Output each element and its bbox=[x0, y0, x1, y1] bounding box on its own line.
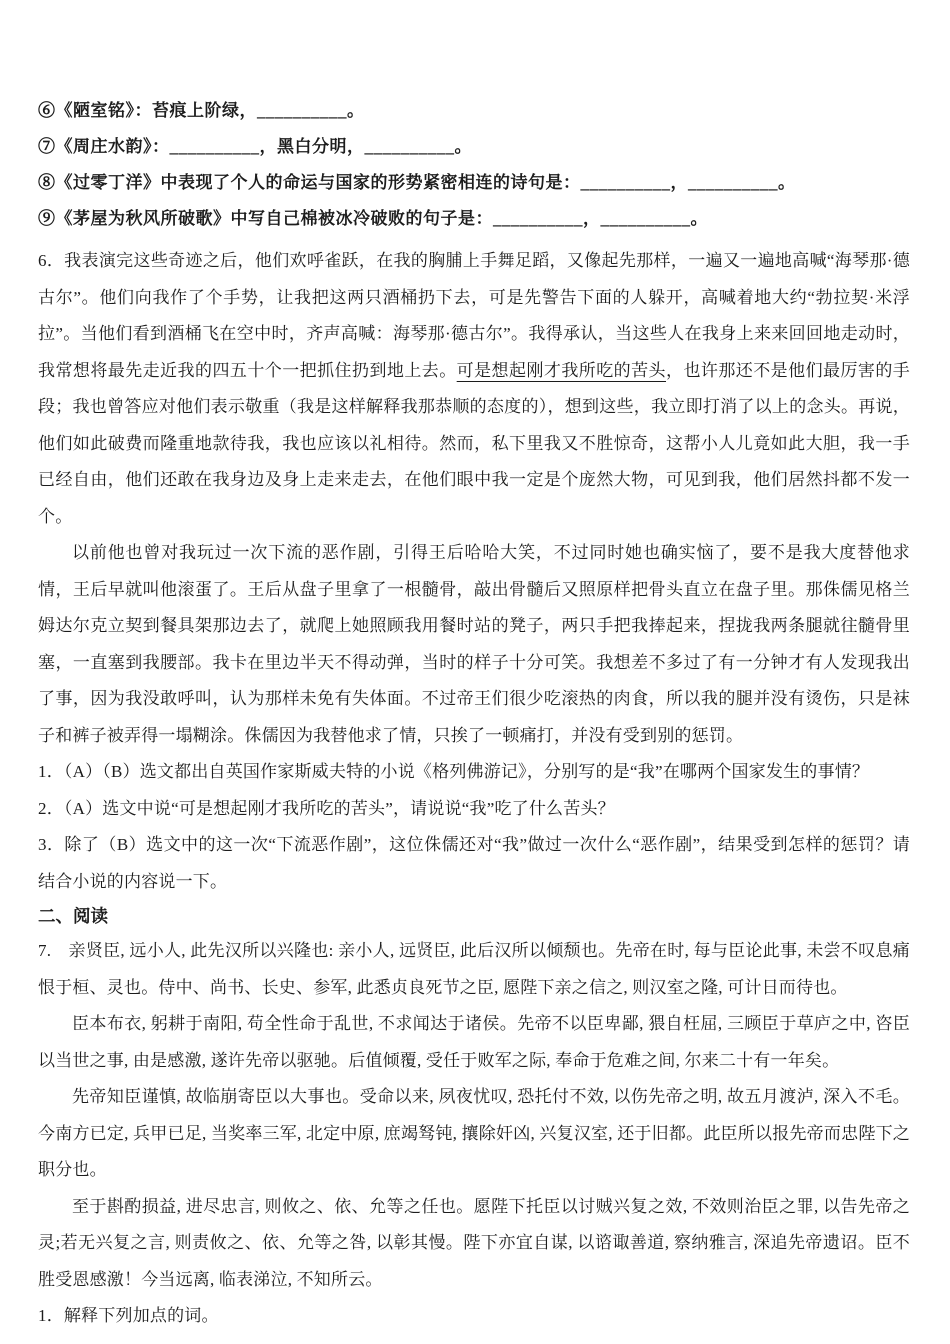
fill-in-item-7: ⑦《周庄水韵》：__________，黑白分明，__________。 bbox=[38, 129, 910, 165]
fill-in-item-6: ⑥《陋室铭》：苔痕上阶绿，__________。 bbox=[38, 93, 910, 129]
underlined-phrase: 可是想起刚才我所吃的苦头 bbox=[457, 361, 666, 380]
gulliver-question-3: 3．除了（B）选文中的这一次“下流恶作剧”，这位侏儒还对“我”做过一次什么“恶作… bbox=[38, 827, 910, 900]
chushibiao-paragraph-4: 至于斟酌损益, 进尽忠言, 则攸之、依、允等之任也。愿陛下托臣以讨贼兴复之效, … bbox=[38, 1189, 910, 1299]
gulliver-question-2: 2．（A）选文中说“可是想起刚才我所吃的苦头”，请说说“我”吃了什么苦头？ bbox=[38, 791, 910, 828]
section-heading-reading: 二、阅读 bbox=[38, 900, 910, 933]
chushibiao-paragraph-2: 臣本布衣, 躬耕于南阳, 苟全性命于乱世, 不求闻达于诸侯。先帝不以臣卑鄙, 猥… bbox=[38, 1006, 910, 1079]
reading-passage-chushibiao: 7. 亲贤臣, 远小人, 此先汉所以兴隆也: 亲小人, 远贤臣, 此后汉所以倾颓… bbox=[38, 933, 910, 1335]
chushibiao-question-1: 1．解释下列加点的词。 bbox=[38, 1298, 910, 1335]
gulliver-paragraph-1: 6．我表演完这些奇迹之后，他们欢呼雀跃，在我的胸脯上手舞足蹈，又像起先那样，一遍… bbox=[38, 243, 910, 535]
gulliver-paragraph-2: 以前他也曾对我玩过一次下流的恶作剧，引得王后哈哈大笑，不过同时她也确实恼了，要不… bbox=[38, 535, 910, 754]
chushibiao-paragraph-3: 先帝知臣谨慎, 故临崩寄臣以大事也。受命以来, 夙夜忧叹, 恐托付不效, 以伤先… bbox=[38, 1079, 910, 1189]
fill-in-blank-section: ⑥《陋室铭》：苔痕上阶绿，__________。 ⑦《周庄水韵》：_______… bbox=[38, 93, 910, 237]
reading-passage-gulliver: 6．我表演完这些奇迹之后，他们欢呼雀跃，在我的胸脯上手舞足蹈，又像起先那样，一遍… bbox=[38, 243, 910, 900]
fill-in-item-9: ⑨《茅屋为秋风所破歌》中写自己棉被冰冷破败的句子是：__________，___… bbox=[38, 201, 910, 237]
chushibiao-paragraph-1: 7. 亲贤臣, 远小人, 此先汉所以兴隆也: 亲小人, 远贤臣, 此后汉所以倾颓… bbox=[38, 933, 910, 1006]
gulliver-paragraph-1-after: ，也许那还不是他们最厉害的手段；我也曾答应对他们表示敬重（我是这样解释我那恭顺的… bbox=[38, 361, 910, 526]
fill-in-item-8: ⑧《过零丁洋》中表现了个人的命运与国家的形势紧密相连的诗句是：_________… bbox=[38, 165, 910, 201]
gulliver-question-1: 1．（A）（B）选文都出自英国作家斯威夫特的小说《格列佛游记》，分别写的是“我”… bbox=[38, 754, 910, 791]
exam-page: ⑥《陋室铭》：苔痕上阶绿，__________。 ⑦《周庄水韵》：_______… bbox=[0, 0, 950, 1344]
